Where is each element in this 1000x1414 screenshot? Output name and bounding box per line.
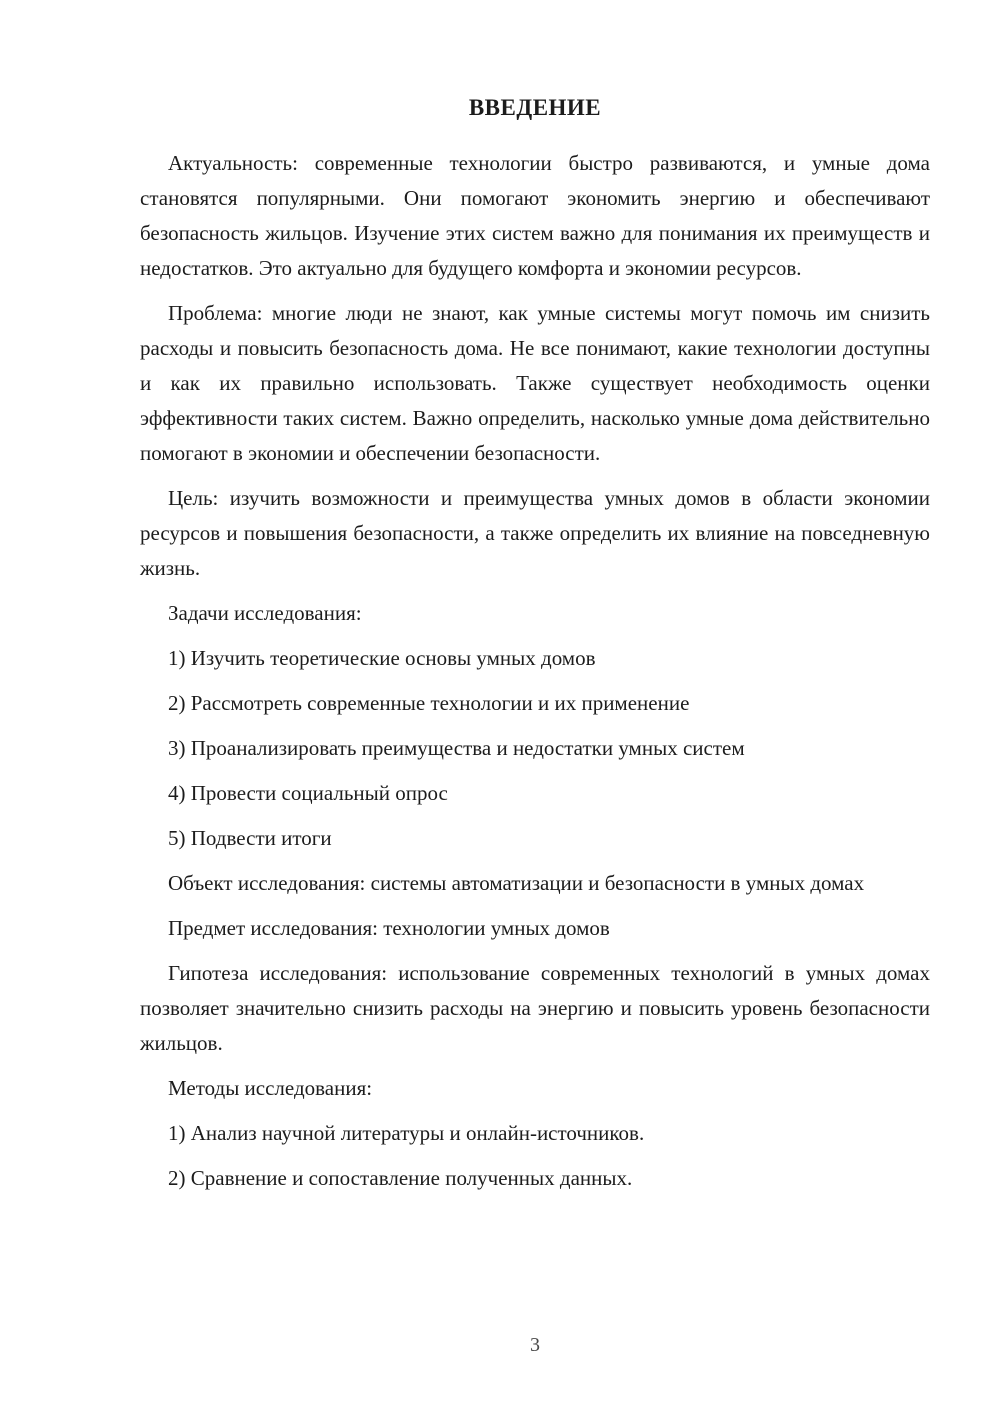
task-item-5: 5) Подвести итоги	[140, 821, 930, 856]
paragraph-object: Объект исследования: системы автоматизац…	[140, 866, 930, 901]
method-item-2: 2) Сравнение и сопоставление полученных …	[140, 1161, 930, 1196]
task-item-3: 3) Проанализировать преимущества и недос…	[140, 731, 930, 766]
paragraph-actuality: Актуальность: современные технологии быс…	[140, 146, 930, 286]
task-item-2: 2) Рассмотреть современные технологии и …	[140, 686, 930, 721]
paragraph-hypothesis: Гипотеза исследования: использование сов…	[140, 956, 930, 1061]
page-number: 3	[140, 1330, 930, 1360]
method-item-1: 1) Анализ научной литературы и онлайн-ис…	[140, 1116, 930, 1151]
paragraph-goal: Цель: изучить возможности и преимущества…	[140, 481, 930, 586]
tasks-heading: Задачи исследования:	[140, 596, 930, 631]
task-item-1: 1) Изучить теоретические основы умных до…	[140, 641, 930, 676]
paragraph-subject: Предмет исследования: технологии умных д…	[140, 911, 930, 946]
document-content: ВВЕДЕНИЕ Актуальность: современные техно…	[140, 92, 930, 1206]
page-title: ВВЕДЕНИЕ	[140, 92, 930, 124]
paragraph-problem: Проблема: многие люди не знают, как умны…	[140, 296, 930, 471]
methods-heading: Методы исследования:	[140, 1071, 930, 1106]
document-page: ВВЕДЕНИЕ Актуальность: современные техно…	[0, 0, 1000, 1414]
task-item-4: 4) Провести социальный опрос	[140, 776, 930, 811]
